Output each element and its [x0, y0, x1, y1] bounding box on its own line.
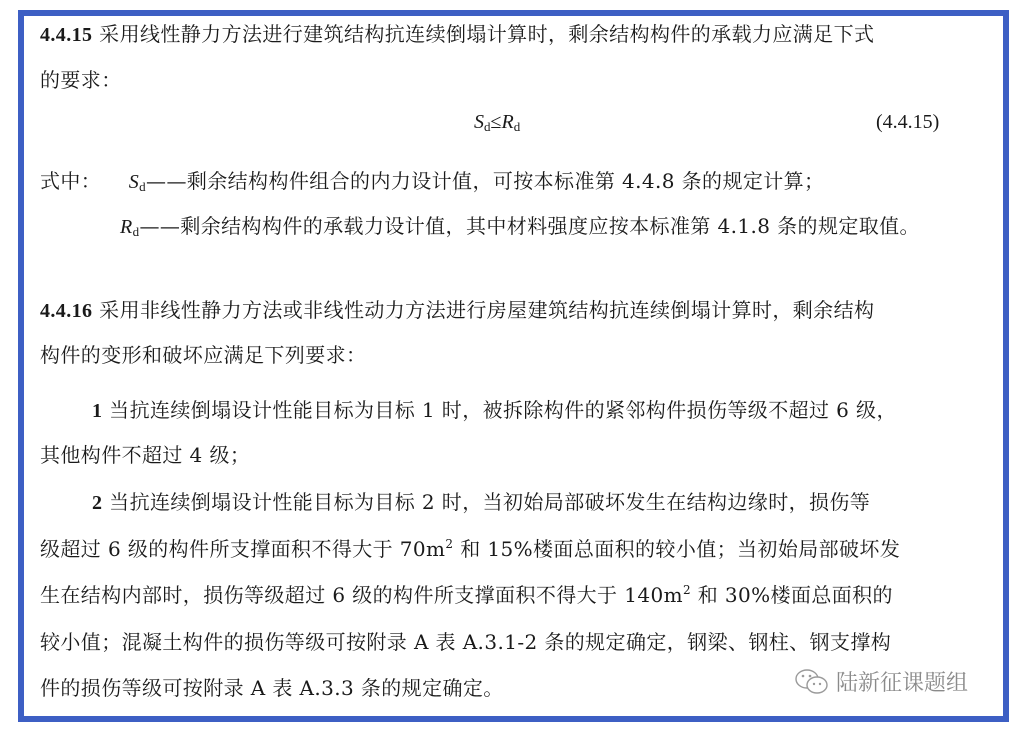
item-text: 当抗连续倒塌设计性能目标为目标 2 时，当初始局部破坏发生在结构边缘时，损伤等 — [109, 490, 870, 514]
item-text: 和 15%楼面总面积的较小值；当初始局部破坏发 — [453, 537, 900, 561]
item-text: 件的损伤等级可按附录 A 表 A.3.3 条的规定确定。 — [40, 676, 504, 700]
item-text: 和 30%楼面总面积的 — [691, 583, 893, 607]
superscript: 2 — [683, 583, 691, 597]
section-number: 4.4.16 — [40, 300, 92, 322]
definition-symbol: S — [129, 171, 139, 193]
section-4-4-16-line-1: 4.4.16 采用非线性静力方法或非线性动力方法进行房屋建筑结构抗连续倒塌计算时… — [40, 298, 874, 323]
section-text: 采用线性静力方法进行建筑结构抗连续倒塌计算时，剩余结构构件的承载力应满足下式 — [99, 22, 874, 46]
definition-dash: —— — [146, 169, 187, 193]
item-text: 生在结构内部时，损伤等级超过 6 级的构件所支撑面积不得大于 140m — [40, 583, 683, 607]
item-2-line-2: 级超过 6 级的构件所支撑面积不得大于 70m2 和 15%楼面总面积的较小值；… — [40, 537, 900, 561]
formula-lhs: S — [474, 111, 484, 133]
definition-sub: d — [139, 179, 146, 194]
item-text: 当抗连续倒塌设计性能目标为目标 1 时，被拆除构件的紧邻构件损伤等级不超过 6 … — [109, 398, 897, 422]
formula-operator: ≤ — [491, 111, 502, 133]
definition-rd: Rd——剩余结构构件的承载力设计值，其中材料强度应按本标准第 4.1.8 条的规… — [120, 214, 920, 244]
definition-dash: —— — [140, 214, 181, 238]
wechat-icon — [794, 667, 830, 697]
item-2-line-1: 2 当抗连续倒塌设计性能目标为目标 2 时，当初始局部破坏发生在结构边缘时，损伤… — [92, 490, 870, 515]
formula: Sd≤Rd — [474, 111, 520, 135]
formula-rhs: R — [501, 111, 513, 133]
watermark-text: 陆新征课题组 — [836, 666, 968, 697]
item-1-line-2: 其他构件不超过 4 级； — [40, 443, 250, 467]
section-4-4-15-line-1: 4.4.15 采用线性静力方法进行建筑结构抗连续倒塌计算时，剩余结构构件的承载力… — [40, 22, 874, 47]
item-text: 其他构件不超过 4 级； — [40, 443, 250, 467]
watermark: 陆新征课题组 — [794, 666, 968, 697]
item-2-line-4: 较小值；混凝土构件的损伤等级可按附录 A 表 A.3.1-2 条的规定确定，钢梁… — [40, 630, 891, 654]
section-text: 的要求： — [40, 68, 122, 92]
item-text: 级超过 6 级的构件所支撑面积不得大于 70m — [40, 537, 445, 561]
section-number: 4.4.15 — [40, 24, 92, 46]
definition-sub: d — [133, 224, 140, 239]
formula-rhs-sub: d — [514, 119, 521, 134]
section-text: 采用非线性静力方法或非线性动力方法进行房屋建筑结构抗连续倒塌计算时，剩余结构 — [99, 298, 874, 322]
equation-number: (4.4.15) — [876, 111, 939, 134]
definition-text: 剩余结构构件的承载力设计值，其中材料强度应按本标准第 4.1.8 条的规定取值。 — [180, 214, 920, 238]
section-4-4-15-line-2: 的要求： — [40, 68, 122, 92]
item-number: 1 — [92, 400, 102, 422]
definition-sd: 式中： Sd——剩余结构构件组合的内力设计值，可按本标准第 4.4.8 条的规定… — [40, 169, 824, 199]
definition-symbol: R — [120, 216, 133, 238]
item-number: 2 — [92, 492, 102, 514]
section-4-4-16-line-2: 构件的变形和破坏应满足下列要求： — [40, 343, 366, 367]
item-1-line-1: 1 当抗连续倒塌设计性能目标为目标 1 时，被拆除构件的紧邻构件损伤等级不超过 … — [92, 398, 897, 423]
item-text: 较小值；混凝土构件的损伤等级可按附录 A 表 A.3.1-2 条的规定确定，钢梁… — [40, 630, 891, 654]
definition-text: 剩余结构构件组合的内力设计值，可按本标准第 4.4.8 条的规定计算； — [187, 169, 825, 193]
section-text: 构件的变形和破坏应满足下列要求： — [40, 343, 366, 367]
where-label: 式中： — [40, 169, 101, 193]
item-2-line-3: 生在结构内部时，损伤等级超过 6 级的构件所支撑面积不得大于 140m2 和 3… — [40, 583, 893, 607]
item-2-line-5: 件的损伤等级可按附录 A 表 A.3.3 条的规定确定。 — [40, 676, 504, 700]
